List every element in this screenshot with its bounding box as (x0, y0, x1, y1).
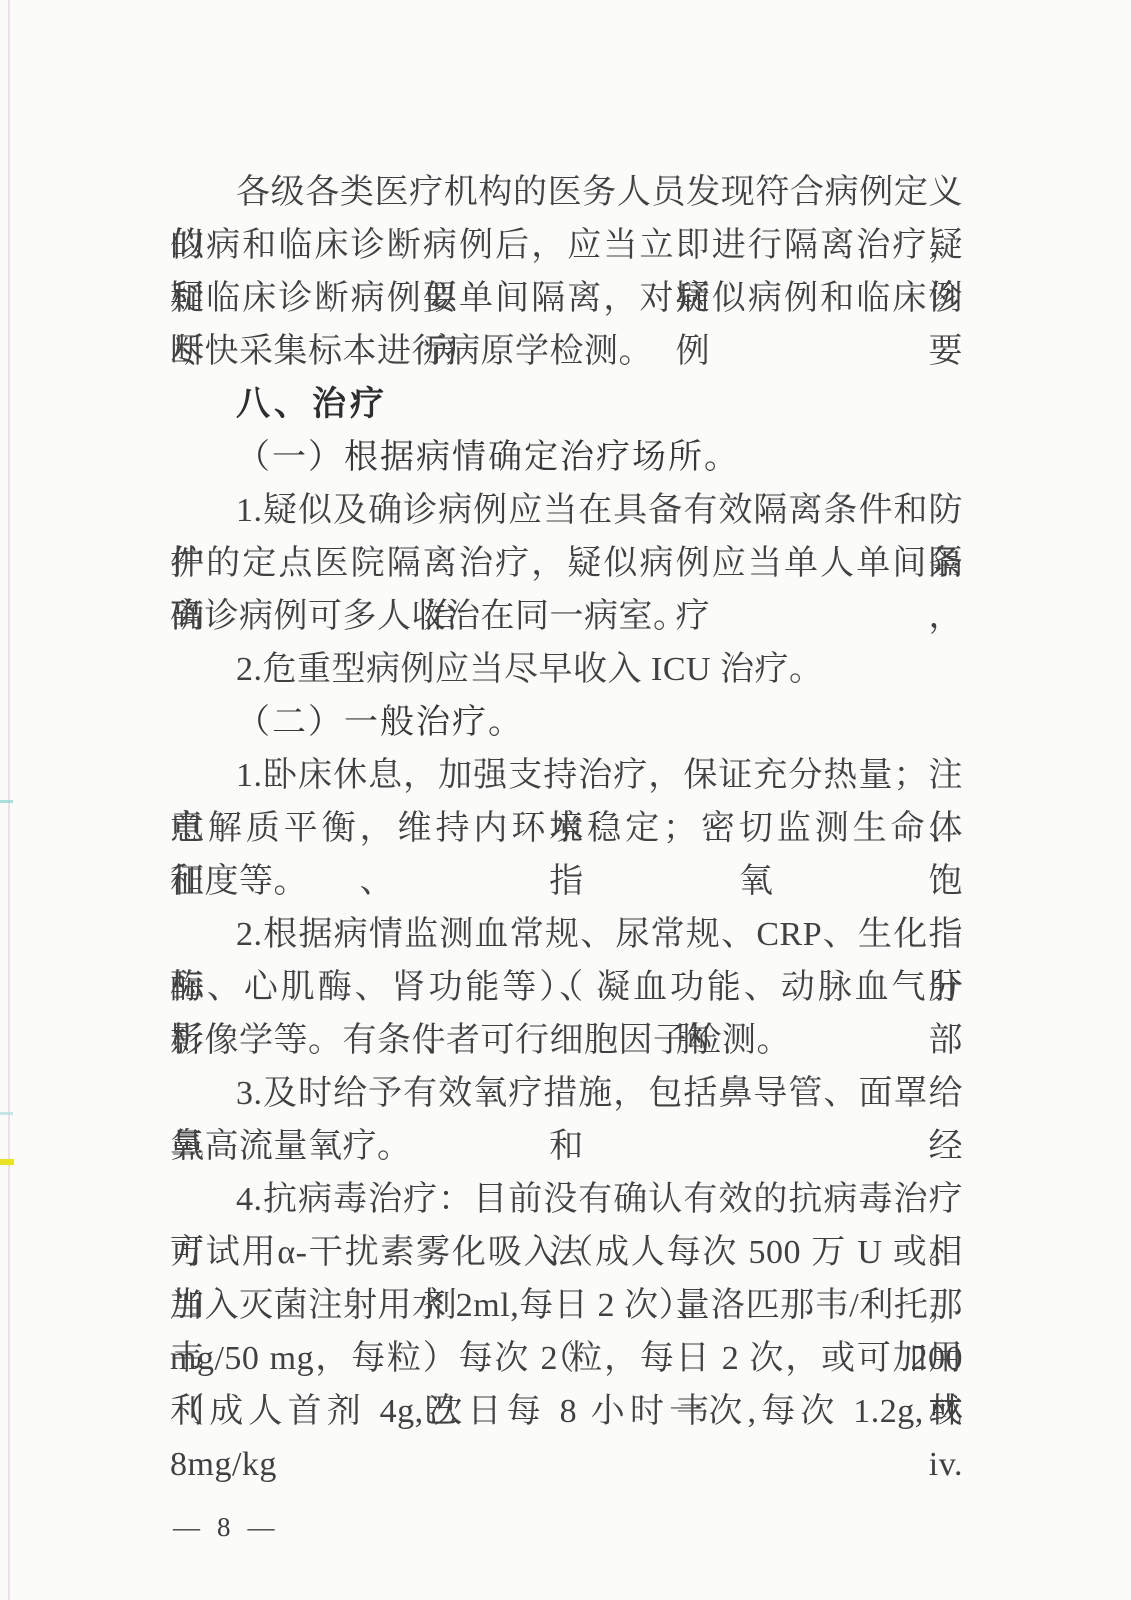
footer-dash: — (173, 1512, 200, 1543)
text-line: 1.疑似及确诊病例应当在具备有效隔离条件和防护条 (170, 484, 963, 537)
text-line: 1.卧床休息，加强支持治疗，保证充分热量；注意水、 (170, 749, 963, 802)
text-line: 各级各类医疗机构的医务人员发现符合病例定义的疑 (170, 166, 963, 219)
page-footer: — 8 — (173, 1512, 275, 1543)
text-line: 加入灭菌注射用水 2ml,每日 2 次）、洛匹那韦/利托那韦（200 (170, 1279, 963, 1332)
text-line: 可试用α-干扰素雾化吸入（成人每次 500 万 U 或相当剂量， (170, 1226, 963, 1279)
text-line: （成人首剂 4g,次日每 8 小时一次,每次 1.2g,或 8mg/kg iv. (170, 1385, 963, 1438)
subsection-heading: （一）根据病情确定治疗场所。 (170, 431, 963, 484)
subsection-heading: （二）一般治疗。 (170, 696, 963, 749)
section-heading: 八、治疗 (170, 378, 963, 431)
text-line: 4.抗病毒治疗：目前没有确认有效的抗病毒治疗方法。 (170, 1173, 963, 1226)
text-line: 似病和临床诊断病例后，应当立即进行隔离治疗，疑似病例 (170, 219, 963, 272)
text-line: 2.根据病情监测血常规、尿常规、CRP、生化指标（肝 (170, 908, 963, 961)
text-line: 3.及时给予有效氧疗措施，包括鼻导管、面罩给氧和经 (170, 1067, 963, 1120)
text-line: 酶、心肌酶、肾功能等）、凝血功能、动脉血气分析、胸部 (170, 961, 963, 1014)
text-line: 2.危重型病例应当尽早收入 ICU 治疗。 (170, 643, 963, 696)
scan-cyan-tick (0, 800, 13, 803)
text-line: mg/50 mg，每粒）每次 2 粒，每日 2 次，或可加用利巴韦林 (170, 1332, 963, 1385)
scanned-document-page: 各级各类医疗机构的医务人员发现符合病例定义的疑似病和临床诊断病例后，应当立即进行… (0, 0, 1131, 1600)
scan-cyan-tick (0, 1112, 13, 1115)
footer-dash: — (248, 1512, 275, 1543)
scan-yellow-tick (0, 1159, 14, 1165)
text-line: 和临床诊断病例要单间隔离，对疑似病例和临床诊断病例要 (170, 272, 963, 325)
document-body: 各级各类医疗机构的医务人员发现符合病例定义的疑似病和临床诊断病例后，应当立即进行… (170, 166, 963, 1438)
page-number: 8 (217, 1512, 231, 1543)
text-line: 件的定点医院隔离治疗，疑似病例应当单人单间隔离治疗， (170, 537, 963, 590)
text-line: 电解质平衡，维持内环境稳定；密切监测生命体征、指氧饱 (170, 802, 963, 855)
